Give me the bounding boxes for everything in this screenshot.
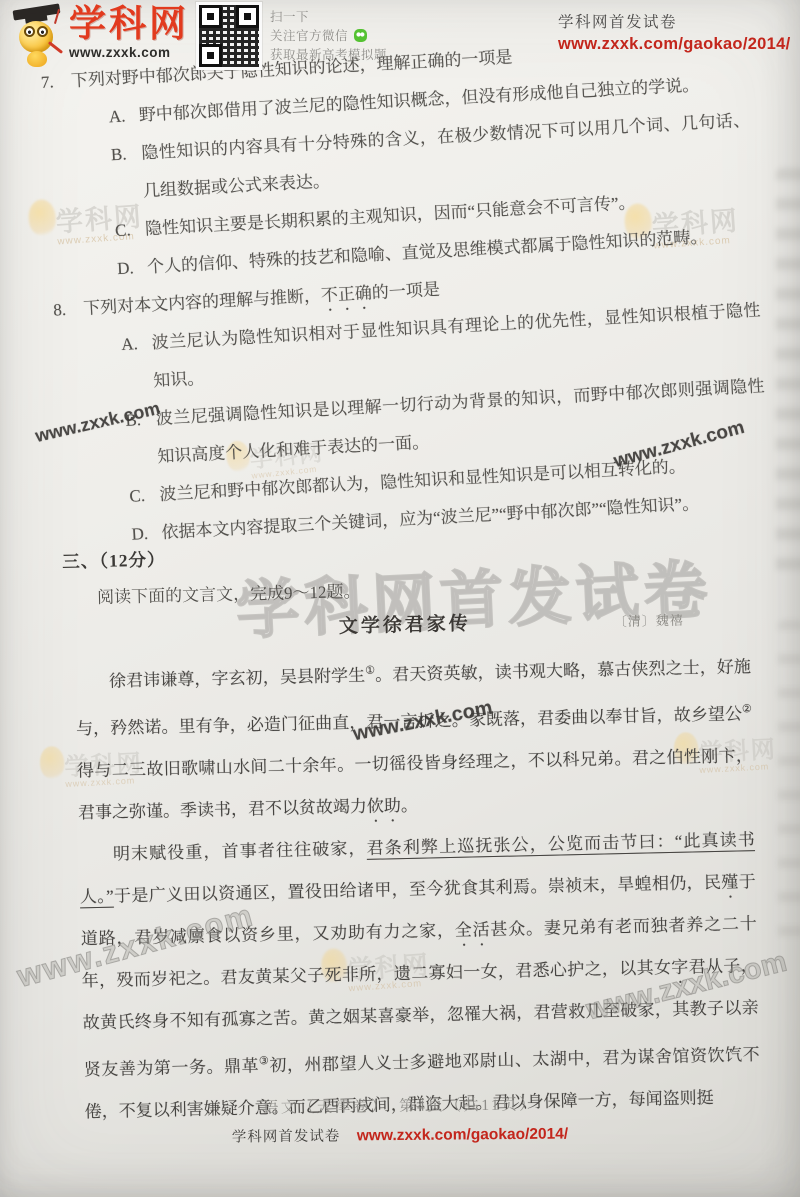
footer-release-title: 学科网首发试卷: [232, 1129, 341, 1146]
qr-caption: 扫一下 关注官方微信 获取最新高考模拟题: [270, 8, 387, 65]
brand-name: 学科网: [69, 4, 189, 46]
passage-author: 〔清〕魏禧: [613, 604, 684, 640]
qr-caption-line2: 关注官方微信: [270, 27, 387, 46]
section-three: 三、（12分） 阅读下面的文言文，完成9～12题。 文学徐君家传 〔清〕魏禧 徐…: [50, 533, 769, 1134]
zxxk-mascot-icon: [12, 4, 64, 68]
classical-paragraph-1: 徐君讳谦尊，字玄初，吴县附学生①。君天资英敏，读书观大略，慕古侠烈之士，好施与，…: [74, 641, 754, 834]
wechat-icon: [354, 29, 367, 42]
passage-title: 文学徐君家传: [339, 613, 471, 637]
footnote-marker-2: ②: [742, 703, 752, 715]
brand-site-url: www.zxxk.com: [69, 45, 189, 60]
release-url: www.zxxk.com/gaokao/2014/: [558, 35, 791, 54]
questions-block: 7.下列对野中郁次郎关于隐性知识的论述，理解正确的一项是 A.野中郁次郎借用了波…: [40, 26, 772, 557]
wechat-qr-code: [196, 2, 262, 70]
release-title: 学科网首发试卷: [558, 10, 791, 32]
q8-number: 8.: [52, 290, 84, 330]
annotated-word: 全活: [455, 920, 491, 940]
zxxk-header: 学科网 www.zxxk.com 扫一下 关注官方微信 获取最新高考模拟题 学科…: [0, 0, 800, 82]
footnote-marker-3: ③: [259, 1055, 270, 1067]
scanned-exam-page: 学科网 www.zxxk.com 学科网 www.zxxk.com 学科网 ww…: [0, 0, 800, 1197]
annotated-word: 佽助: [367, 796, 401, 816]
q8-stem-emphasis: 不正确: [320, 283, 372, 305]
footer-release-url: www.zxxk.com/gaokao/2014/: [357, 1126, 568, 1145]
classical-paragraph-2: 明末赋役重，首事者往往破家，君条利弊上巡抚张公，公览而击节曰：“此真读书人。”于…: [78, 819, 761, 1133]
qr-caption-line1: 扫一下: [270, 8, 387, 27]
zxxk-logo: 学科网 www.zxxk.com: [12, 4, 189, 68]
scan-bleed-smudge: [776, 168, 800, 578]
qr-caption-line3: 获取最新高考模拟题: [270, 46, 387, 65]
footnote-marker-1: ①: [365, 665, 375, 677]
annotated-word: 字: [671, 958, 689, 977]
scan-bleed-smudge: [778, 620, 800, 950]
release-banner: 学科网首发试卷 www.zxxk.com/gaokao/2014/: [558, 10, 791, 54]
annotated-word: 殣: [721, 872, 739, 891]
